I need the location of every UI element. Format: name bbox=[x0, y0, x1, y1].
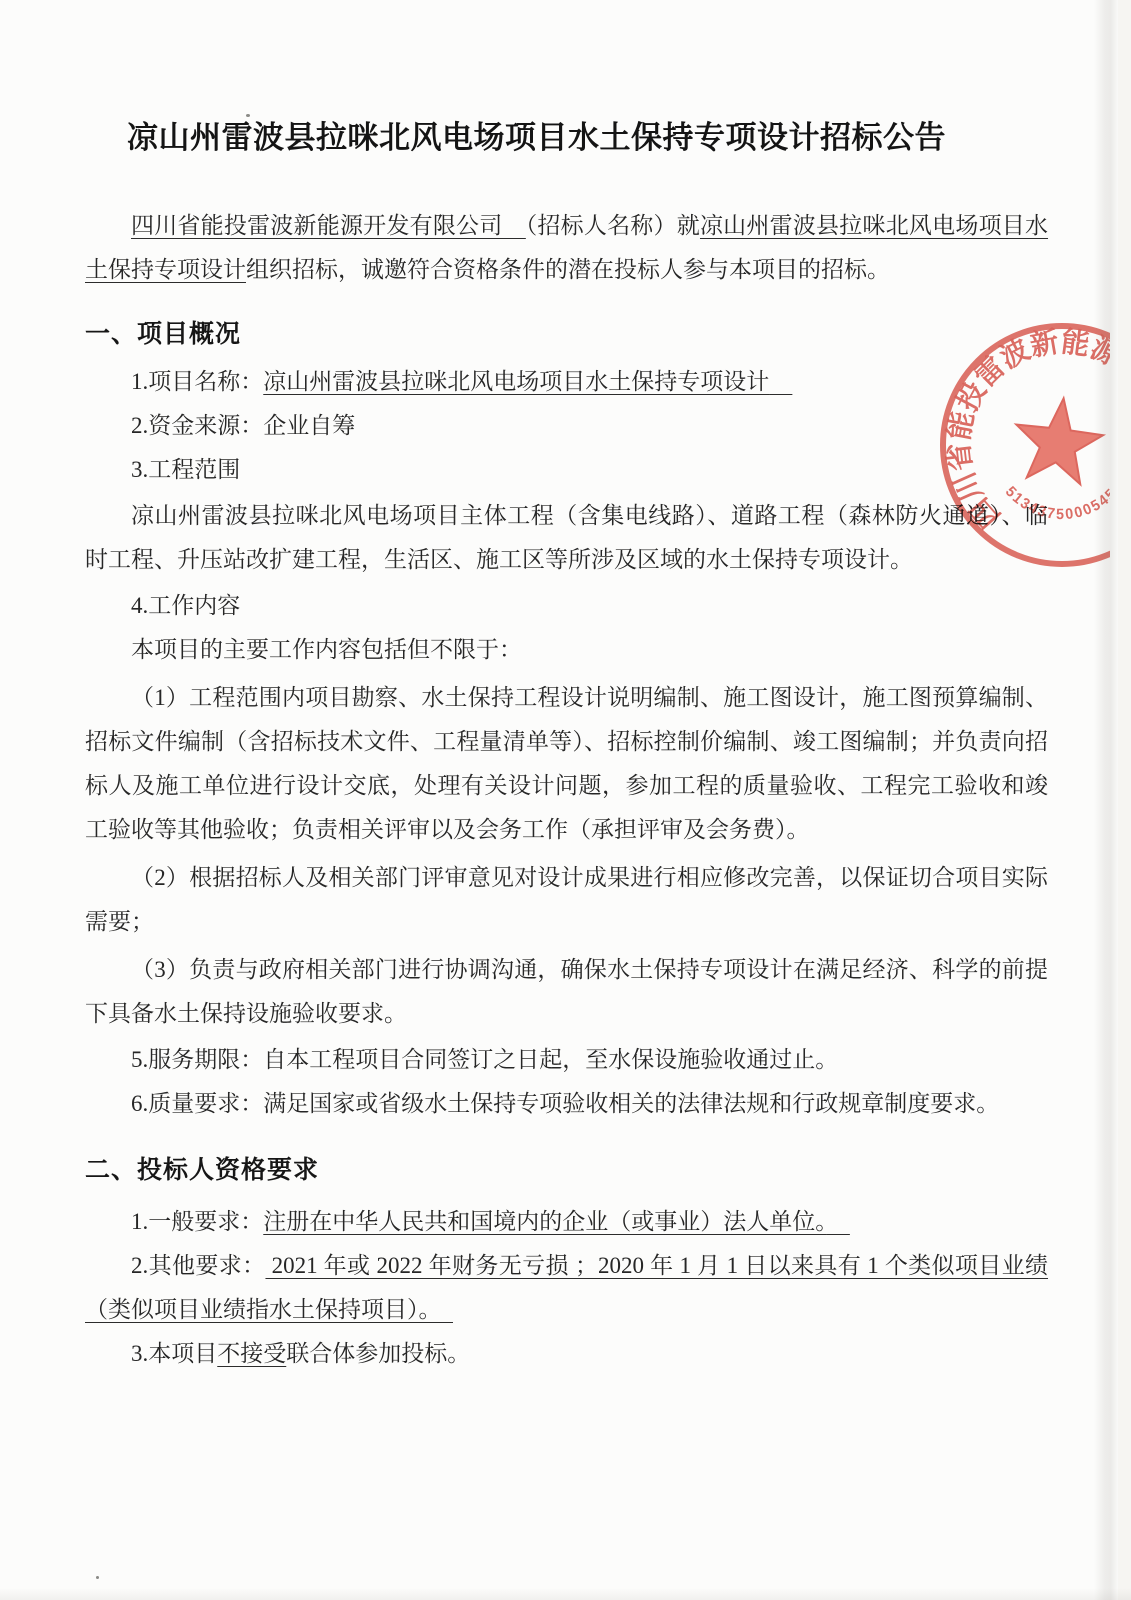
scan-speck bbox=[96, 1576, 99, 1579]
other-requirement-label: 2.其他要求： bbox=[131, 1253, 265, 1278]
consortium-item: 3.本项目不接受联合体参加投标。 bbox=[85, 1332, 1048, 1376]
intro-text: （招标人名称）就 bbox=[526, 213, 700, 238]
general-requirement-item: 1.一般要求：注册在中华人民共和国境内的企业（或事业）法人单位。 bbox=[85, 1200, 1048, 1244]
funding-source-item: 2.资金来源：企业自筹 bbox=[85, 404, 1048, 448]
consortium-pre: 3.本项目 bbox=[131, 1341, 217, 1366]
scan-edge-shadow bbox=[1094, 0, 1118, 1600]
scan-bottom-shadow bbox=[0, 1588, 1131, 1600]
project-scope-paragraph: 凉山州雷波县拉咪北风电场项目主体工程（含集电线路）、道路工程（森林防火通道）、临… bbox=[85, 494, 1048, 582]
scanned-document-page: 凉山州雷波县拉咪北风电场项目水土保持专项设计招标公告 四川省能投雷波新能源开发有… bbox=[0, 0, 1131, 1600]
section2-heading: 二、投标人资格要求 bbox=[85, 1150, 1048, 1190]
other-requirement-item: 2.其他要求： 2021 年或 2022 年财务无亏损 ；2020 年 1 月 … bbox=[85, 1244, 1048, 1332]
consortium-post: 联合体参加投标。 bbox=[286, 1341, 470, 1366]
document-title: 凉山州雷波县拉咪北风电场项目水土保持专项设计招标公告 bbox=[85, 116, 988, 160]
scan-edge-strip bbox=[1118, 0, 1131, 1600]
general-requirement-value: 注册在中华人民共和国境内的企业（或事业）法人单位。 bbox=[263, 1209, 850, 1234]
quality-requirement-item: 6.质量要求：满足国家或省级水土保持专项验收相关的法律法规和行政规章制度要求。 bbox=[85, 1082, 1048, 1126]
intro-paragraph: 四川省能投雷波新能源开发有限公司（招标人名称）就凉山州雷波县拉咪北风电场项目水土… bbox=[85, 204, 1048, 292]
work-content-intro: 本项目的主要工作内容包括但不限于： bbox=[85, 628, 1048, 672]
tenderer-name: 四川省能投雷波新能源开发有限公司 bbox=[131, 213, 526, 238]
intro-text-tail: 组织招标，诚邀符合资格条件的潜在投标人参与本项目的招标。 bbox=[246, 257, 890, 282]
project-name-value: 凉山州雷波县拉咪北风电场项目水土保持专项设计 bbox=[263, 369, 792, 394]
work-content-item: 4.工作内容 bbox=[85, 584, 1048, 628]
scan-speck bbox=[246, 114, 250, 117]
project-scope-item: 3.工程范围 bbox=[85, 448, 1048, 492]
service-period-item: 5.服务期限：自本工程项目合同签订之日起，至水保设施验收通过止。 bbox=[85, 1038, 1048, 1082]
work-content-1: （1）工程范围内项目勘察、水土保持工程设计说明编制、施工图设计，施工图预算编制、… bbox=[85, 676, 1048, 852]
consortium-not-accepted: 不接受 bbox=[217, 1341, 286, 1366]
work-content-3: （3）负责与政府相关部门进行协调沟通，确保水土保持专项设计在满足经济、科学的前提… bbox=[85, 948, 1048, 1036]
document-body: 凉山州雷波县拉咪北风电场项目水土保持专项设计招标公告 四川省能投雷波新能源开发有… bbox=[85, 0, 1048, 1376]
section1-heading: 一、项目概况 bbox=[85, 314, 1048, 354]
project-name-item: 1.项目名称：凉山州雷波县拉咪北风电场项目水土保持专项设计 bbox=[85, 360, 1048, 404]
project-name-label: 1.项目名称： bbox=[131, 369, 263, 394]
general-requirement-label: 1.一般要求： bbox=[131, 1209, 263, 1234]
work-content-2: （2）根据招标人及相关部门评审意见对设计成果进行相应修改完善，以保证切合项目实际… bbox=[85, 856, 1048, 944]
